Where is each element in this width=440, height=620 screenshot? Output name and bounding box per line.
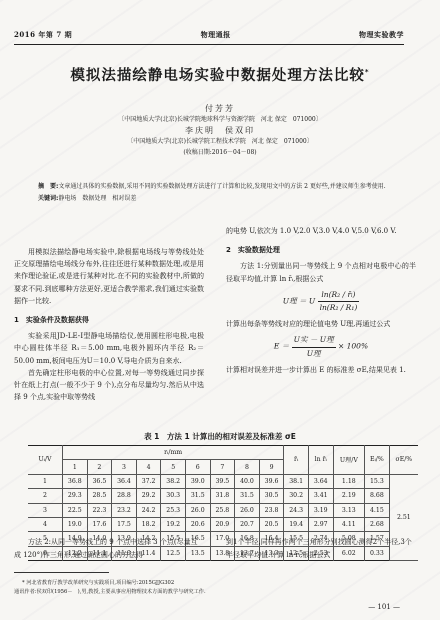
section-1-title: 1 实验条件及数据获得	[14, 314, 204, 326]
r-index: 4	[136, 460, 161, 474]
method-1-paragraph-1: 方法 1:分别量出同一等势线上 9 个点相对电极中心的半径取平均值,计算 ln …	[226, 260, 416, 284]
cell-r: 39.6	[259, 474, 284, 488]
cell-e: 4.15	[365, 503, 390, 517]
header-u: Uᵢ/V	[28, 446, 63, 475]
formula-2-numerator: U实 － U理	[292, 334, 336, 347]
header-rbar: r̄ᵢ	[284, 446, 309, 475]
formula-potential: U理 ＝ U ln(R₂ / r̄ᵢ) ln(R₂ / R₁)	[226, 289, 416, 314]
author-1: 付芳芳	[0, 103, 440, 114]
cell-utheory: 3.13	[333, 503, 365, 517]
header-lnr: ln r̄ᵢ	[308, 446, 333, 475]
abstract-text: 文章通过具体的实验数据,采用不同的实验数据处理方法进行了计算和比较,发现用文中的…	[58, 183, 385, 190]
r-index: 9	[259, 460, 284, 474]
header-utheory: U理/V	[333, 446, 365, 475]
cell-lnr: 3.64	[308, 474, 333, 488]
author-block: 付芳芳 〔中国地质大学(北京)长城学院地球科学与资源学院 河北 保定 07100…	[0, 103, 440, 158]
cell-r: 28.8	[112, 489, 137, 503]
footnote-fund: * 河北省教育厅教学改革研究与实践项目,项目编号:2015GJJG302	[14, 579, 206, 588]
table-1-caption: 表 1 方法 1 计算出的相对误差及标准差 σE	[0, 431, 440, 442]
title-footnote-mark: *	[365, 68, 370, 76]
cell-r: 37.2	[136, 474, 161, 488]
cell-r: 24.2	[136, 503, 161, 517]
cell-r: 31.5	[235, 489, 260, 503]
issue-label: 2016 年第 7 期	[14, 30, 72, 40]
cell-r: 17.6	[87, 517, 112, 531]
formula-1-numerator: ln(R₂ / r̄ᵢ)	[318, 289, 360, 302]
cell-u: 1	[28, 474, 63, 488]
cell-r: 36.5	[87, 474, 112, 488]
cell-utheory: 2.19	[333, 489, 365, 503]
cell-r: 36.4	[112, 474, 137, 488]
r-index: 5	[161, 460, 186, 474]
method-2-left: 方法 2:从同一等势线上的 9 个点中选择 3 个点(尽量互成 120°)作三角…	[14, 536, 204, 561]
formula-2-fraction: U实 － U理 U理	[292, 334, 336, 359]
keywords-label: 关键词:	[38, 195, 58, 202]
method-1-paragraph-2: 计算出每条等势线对应的理论值电势 U理,再通过公式	[226, 318, 416, 330]
cell-utheory: 4.11	[333, 517, 365, 531]
received-date: (收稿日期:2016－04－08)	[0, 147, 440, 158]
affiliation-2: 〔中国地质大学(北京)长城学院工程技术学院 河北 保定 071000〕	[0, 136, 440, 147]
cell-e: 2.68	[365, 517, 390, 531]
footnotes: * 河北省教育厅教学改革研究与实践项目,项目编号:2015GJJG302 通讯作…	[14, 579, 206, 597]
author-2: 李庆明 侯双印	[0, 125, 440, 136]
formula-2-rhs: × 100%	[338, 342, 368, 351]
cell-e: 8.68	[365, 489, 390, 503]
cell-r: 23.2	[112, 503, 137, 517]
cell-r: 17.5	[112, 517, 137, 531]
table-row: 1 36.8 36.5 36.4 37.2 38.2 39.0 39.5 40.…	[28, 474, 418, 488]
table-header-row-1: Uᵢ/V rᵢ/mm r̄ᵢ ln r̄ᵢ U理/V Eᵢ/% σE/%	[28, 446, 418, 460]
abstract: 摘 要:文章通过具体的实验数据,采用不同的实验数据处理方法进行了计算和比较,发现…	[26, 181, 400, 205]
section-1-paragraph-1: 实验采用JD-LE-Ⅰ型静电场描绘仪,使用圆柱形电极,电极中心圆柱体半径 R₁＝…	[14, 330, 204, 367]
cell-r: 22.5	[63, 503, 88, 517]
cell-r: 22.3	[87, 503, 112, 517]
cell-r: 29.2	[136, 489, 161, 503]
page-number: — 101 —	[368, 603, 400, 611]
cell-r: 26.0	[185, 503, 210, 517]
header-r: rᵢ/mm	[63, 446, 284, 460]
cell-utheory: 1.18	[333, 474, 365, 488]
header-sigma: σE/%	[389, 446, 418, 475]
running-head: 2016 年第 7 期 物理通报 物理实验教学	[14, 30, 404, 45]
r-index: 2	[87, 460, 112, 474]
table-row: 3 22.5 22.3 23.2 24.2 25.3 26.0 25.8 26.…	[28, 503, 418, 517]
cell-r: 39.0	[185, 474, 210, 488]
section-2-title: 2 实验数据处理	[226, 244, 416, 256]
formula-2-lhs: E ＝	[274, 342, 289, 351]
right-column: 的电势 U,依次为 1.0 V,2.0 V,3.0 V,4.0 V,5.0 V,…	[226, 225, 416, 376]
formula-relative-error: E ＝ U实 － U理 U理 × 100%	[226, 334, 416, 359]
keywords-text: 静电场 数据处理 相对误差	[58, 195, 136, 202]
cell-r: 26.0	[235, 503, 260, 517]
method-1-paragraph-3: 计算相对误差并进一步计算出 E 的标准差 σE,结果见表 1.	[226, 364, 416, 376]
method-2-right: 到1个半径,同样再作两个三角形分别找圆心测得2个半径,3个半径取平均值.计算 l…	[226, 536, 416, 561]
journal-name: 物理通报	[201, 30, 231, 40]
cell-r: 36.8	[63, 474, 88, 488]
cell-r: 20.5	[259, 517, 284, 531]
affiliation-1: 〔中国地质大学(北京)长城学院地球科学与资源学院 河北 保定 071000〕	[0, 114, 440, 125]
cell-rbar: 30.2	[284, 489, 309, 503]
cell-r: 40.0	[235, 474, 260, 488]
left-column: 用模拟法描绘静电场实验中,除根据电场线与等势线处处正交原理描绘电场线分布外,往往…	[14, 246, 204, 403]
r-index: 1	[63, 460, 88, 474]
cell-lnr: 3.19	[308, 503, 333, 517]
cell-r: 18.2	[136, 517, 161, 531]
cell-u: 4	[28, 517, 63, 531]
r-index: 6	[185, 460, 210, 474]
formula-2-denominator: U理	[292, 348, 336, 360]
cell-r: 25.8	[210, 503, 235, 517]
cell-r: 23.8	[259, 503, 284, 517]
cell-rbar: 24.3	[284, 503, 309, 517]
formula-1-lhs: U理 ＝ U	[283, 297, 315, 306]
title-text: 模拟法描绘静电场实验中数据处理方法比较	[70, 68, 365, 84]
cell-r: 29.3	[63, 489, 88, 503]
abstract-label: 摘 要:	[38, 183, 58, 190]
cell-lnr: 3.41	[308, 489, 333, 503]
cell-r: 28.5	[87, 489, 112, 503]
cell-rbar: 19.4	[284, 517, 309, 531]
cell-u: 3	[28, 503, 63, 517]
cell-r: 39.5	[210, 474, 235, 488]
column-name: 物理实验教学	[359, 30, 404, 40]
cell-r: 25.3	[161, 503, 186, 517]
formula-1-fraction: ln(R₂ / r̄ᵢ) ln(R₂ / R₁)	[318, 289, 360, 314]
header-e: Eᵢ/%	[365, 446, 390, 475]
cell-lnr: 2.97	[308, 517, 333, 531]
formula-1-denominator: ln(R₂ / R₁)	[318, 302, 360, 314]
cell-r: 30.5	[259, 489, 284, 503]
cell-rbar: 38.1	[284, 474, 309, 488]
article-title: 模拟法描绘静电场实验中数据处理方法比较*	[0, 64, 440, 85]
r-index: 3	[112, 460, 137, 474]
cell-u: 2	[28, 489, 63, 503]
cell-r: 19.0	[63, 517, 88, 531]
cell-r: 20.6	[185, 517, 210, 531]
cell-r: 31.5	[185, 489, 210, 503]
cell-r: 31.8	[210, 489, 235, 503]
table-row: 4 19.0 17.6 17.5 18.2 19.2 20.6 20.9 20.…	[28, 517, 418, 531]
cell-e: 15.3	[365, 474, 390, 488]
cell-r: 38.2	[161, 474, 186, 488]
r-index: 7	[210, 460, 235, 474]
voltage-continuation: 的电势 U,依次为 1.0 V,2.0 V,3.0 V,4.0 V,5.0 V,…	[226, 225, 416, 237]
intro-paragraph: 用模拟法描绘静电场实验中,除根据电场线与等势线处处正交原理描绘电场线分布外,往往…	[14, 246, 204, 307]
section-1-paragraph-2: 首先确定柱形电极的中心位置,对每一等势线通过同步探针在纸上打点(一般不少于 9 …	[14, 367, 204, 404]
footnote-divider	[14, 572, 109, 573]
cell-r: 30.3	[161, 489, 186, 503]
cell-r: 19.2	[161, 517, 186, 531]
cell-r: 20.7	[235, 517, 260, 531]
cell-r: 20.9	[210, 517, 235, 531]
footnote-corresponding: 通讯作者:侯双印(1956－ ),男,教授,主要从事应用物理技术方面的教学与研究…	[14, 588, 206, 597]
table-row: 2 29.3 28.5 28.8 29.2 30.3 31.5 31.8 31.…	[28, 489, 418, 503]
r-index: 8	[235, 460, 260, 474]
